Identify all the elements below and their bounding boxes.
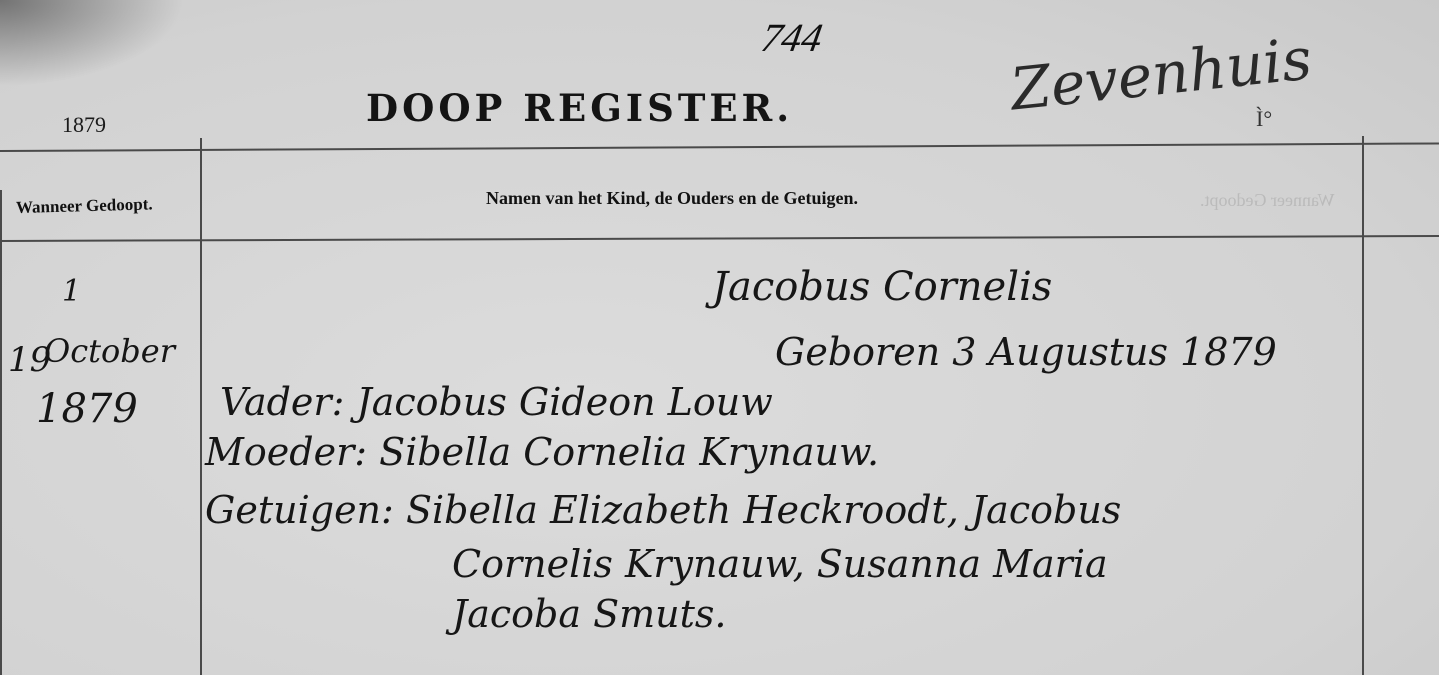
baptism-year: 1879 bbox=[36, 386, 138, 432]
bleed-through-header: Wanneer Gedoopt. bbox=[1200, 190, 1335, 211]
mother-label: Moeder: bbox=[205, 430, 367, 474]
father-line: Vader: Jacobus Gideon Louw bbox=[220, 380, 773, 424]
witnesses-line-3: Jacoba Smuts. bbox=[452, 592, 727, 636]
baptism-month: October bbox=[44, 332, 175, 370]
column-divider-2 bbox=[1362, 136, 1364, 675]
date-superscript: 1 bbox=[62, 274, 81, 309]
column-header-date: Wanneer Gedoopt. bbox=[16, 194, 153, 218]
header-bottom-rule bbox=[0, 235, 1439, 242]
left-margin-rule bbox=[0, 190, 2, 675]
witnesses-label: Getuigen: bbox=[205, 488, 394, 532]
witnesses-line-1: Getuigen: Sibella Elizabeth Heckroodt, J… bbox=[205, 488, 1121, 532]
column-header-names: Namen van het Kind, de Ouders en de Getu… bbox=[486, 188, 858, 209]
father-label: Vader: bbox=[220, 380, 344, 424]
father-name: Jacobus Gideon Louw bbox=[356, 380, 772, 424]
header-top-rule bbox=[0, 142, 1439, 152]
mother-name: Sibella Cornelia Krynauw. bbox=[379, 430, 879, 474]
page-title: DOOP REGISTER. bbox=[366, 86, 793, 130]
mother-line: Moeder: Sibella Cornelia Krynauw. bbox=[205, 430, 879, 474]
witnesses-line-2: Cornelis Krynauw, Susanna Maria bbox=[452, 542, 1108, 586]
birth-line: Geboren 3 Augustus 1879 bbox=[775, 330, 1277, 374]
bleed-through-mark: Ì° bbox=[1256, 106, 1272, 132]
child-name: Jacobus Cornelis bbox=[712, 264, 1052, 310]
page-number: 744 bbox=[758, 14, 826, 61]
witnesses-names-1: Sibella Elizabeth Heckroodt, Jacobus bbox=[406, 488, 1121, 532]
column-divider-1 bbox=[200, 138, 202, 675]
register-year: 1879 bbox=[62, 112, 106, 138]
